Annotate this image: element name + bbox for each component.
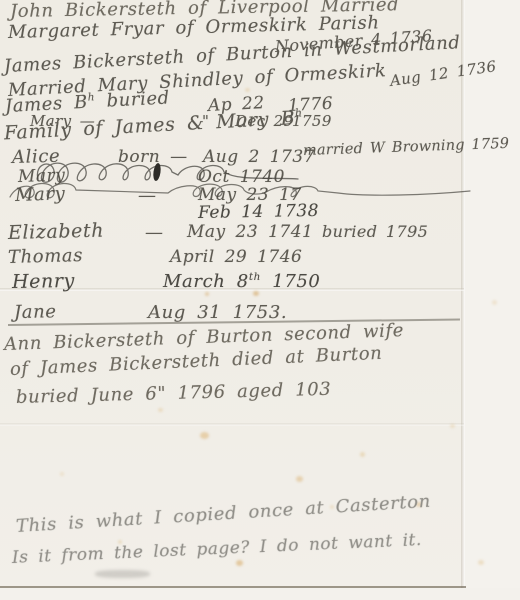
paper-bottom-edge xyxy=(0,586,466,588)
ann-line-3: buried June 6" 1796 aged 103 xyxy=(16,379,332,408)
family-heading-superscript: h xyxy=(295,106,303,119)
child-row-thomas: Thomas April 29 1746 xyxy=(0,247,520,271)
child-name: Thomas xyxy=(8,245,84,268)
paper-bottom-strip xyxy=(0,588,520,600)
stain xyxy=(478,560,484,565)
stain xyxy=(360,452,365,457)
stain xyxy=(236,560,243,566)
birth-date: March 8th 1750 xyxy=(163,271,320,292)
child-name: Elizabeth xyxy=(8,219,105,244)
pencil-note-line-1: This is what I copied once at Casterton xyxy=(15,491,431,537)
stain xyxy=(158,408,163,412)
stain xyxy=(450,424,455,428)
child-name: Henry xyxy=(12,270,75,293)
dash: — xyxy=(145,222,164,243)
scribble-strikethrough xyxy=(8,157,478,209)
birth-date: April 29 1746 xyxy=(170,247,302,267)
james-buried-word: buried xyxy=(106,87,170,111)
birth-date-year: 1750 xyxy=(261,271,321,292)
child-name: Jane xyxy=(14,301,57,323)
birth-date-ordinal: th xyxy=(249,271,261,283)
child-row-elizabeth: Elizabeth — May 23 1741 buried 1795 xyxy=(0,222,520,246)
marriage-note: married W Browning 1759 xyxy=(303,136,510,159)
stain xyxy=(60,472,64,476)
birth-date: May 23 1741 xyxy=(187,222,313,242)
pencil-note-line-2: Is it from the lost page? I do not want … xyxy=(12,530,423,568)
stain xyxy=(296,476,303,482)
horizontal-fold-crease xyxy=(0,423,464,426)
burial-note: buried 1795 xyxy=(322,222,428,241)
child-row-henry: Henry March 8th 1750 xyxy=(0,271,520,295)
stain xyxy=(200,432,209,439)
aug-date: Aug 12 1736 xyxy=(389,57,498,90)
scanned-document-page: John Bickersteth of Liverpool Married Ma… xyxy=(0,0,520,600)
james-name-superscript: h xyxy=(87,91,95,103)
pencil-smudge xyxy=(95,570,150,578)
birth-date-day: March 8 xyxy=(163,271,249,292)
